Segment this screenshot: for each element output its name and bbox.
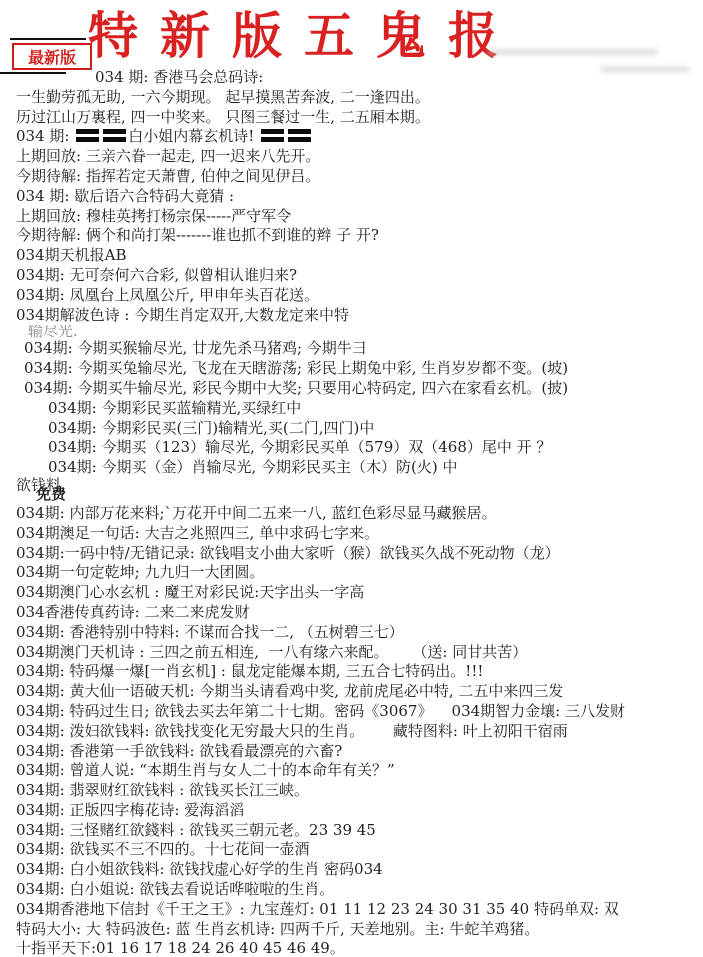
divider [10, 38, 86, 40]
text-line: 十指平天下:01 16 17 18 24 26 40 45 46 49。 [0, 939, 703, 957]
text-line: 034期: 翡翠财红欲钱料 : 欲钱买长江三峡。 [0, 781, 703, 801]
double-bar-icon [261, 129, 284, 142]
text-line: 上期回放: 穆桂英拷打杨宗保-----严守军令 [0, 207, 703, 227]
text-line: 034期一句定乾坤; 九九归一大团圆。 [0, 563, 703, 583]
text-line: 034期: 白小姐说: 欲钱去看说话哗啦啦的生肖。 [0, 880, 703, 900]
latest-edition-badge: 最新版 [12, 43, 92, 70]
text-line: 034期澳足一句话: 大吉之兆照四三, 单中求码七字来。 [0, 524, 703, 544]
text-line: 034期: 今期买牛输尽光, 彩民今期中大奖; 只要用心特码定, 四六在家看玄机… [0, 379, 703, 399]
text-line: 034期: 香港特别中特料: 不谋而合找一二, （五树碧三七） [0, 623, 703, 643]
page-title: 特新版五鬼报 [88, 0, 520, 68]
text-line: 输尽光. [0, 325, 703, 339]
text-line: 034期: 欲钱买不三不四的。十七花间一壶酒 [0, 840, 703, 860]
line-text: 白小姐内幕玄机诗! [128, 127, 259, 145]
text-line: 034期香港地下信封《千王之王》: 九宝莲灯: 01 11 12 23 24 3… [0, 900, 703, 920]
double-bar-icon [76, 129, 99, 142]
watermark-smudge [488, 48, 658, 56]
text-line: 034期: 三怪赌红欲錢料 : 欲钱买三朝元老。23 39 45 [0, 821, 703, 841]
text-line: 034期: 特码过生日; 欲钱去买去年第二十七期。密码《3067》 034期智力… [0, 702, 703, 722]
double-bar-icon [103, 129, 126, 142]
text-line: 034 期: 歇后语六合特码大竟猜 : [0, 187, 703, 207]
text-line: 特码大小: 大 特码波色: 蓝 生肖玄机诗: 四两千斤, 天差地别。主: 牛蛇羊… [0, 920, 703, 940]
text-line: 034期: 今期买（123）输尽光, 今期彩民买单（579）双（468）尾中 开… [0, 438, 703, 458]
tip-sheet-body: 034 期: 香港马会总码诗:一生勤劳孤无助, 一六今期现。 起早摸黑苦奔波, … [0, 66, 703, 957]
text-line: 034期: 今期彩民买(三门)输精光,买(二门,四门)中 [0, 419, 703, 439]
text-line: 034期解波色诗 : 今期生肖定双开,大数龙定来中特 [0, 306, 703, 326]
text-line: 034期: 香港第一手欲钱料: 欲钱看最漂亮的六畜? [0, 742, 703, 762]
text-line: 034期: 泼妇欲钱料: 欲钱找变化无穷最大只的生肖。 藏特图料: 叶上初阳干宿… [0, 722, 703, 742]
text-line: 034期: 特码爆一爆[一肖玄机] : 鼠龙定能爆本期, 三五合七特码出。!!! [0, 662, 703, 682]
text-line: 034期: 今期买（金）肖输尽光, 今期彩民买主（木）防(火) 中 [0, 458, 703, 478]
text-line: 今期待解: 指挥若定天萧曹, 伯仲之间见伊吕。 [0, 167, 703, 187]
text-line: 上期回放: 三亲六眷一起走, 四一迟来八先开。 [0, 147, 703, 167]
divider [0, 72, 66, 74]
page-header: 特新版五鬼报 最新版 [0, 0, 703, 66]
text-line: 034期: 今期彩民买蓝输精光,买绿红中 [0, 399, 703, 419]
text-line: 034 期: 香港马会总码诗: [0, 68, 703, 88]
overlap-text-bottom: 免费 [36, 483, 66, 504]
text-line: 034期: 黄大仙一语破天机: 今期当头请看鸡中奖, 龙前虎尾必中特, 二五中来… [0, 682, 703, 702]
text-line: 034期: 今期买兔输尽光, 飞龙在天瞎游荡; 彩民上期兔中彩, 生肖岁岁都不变… [0, 359, 703, 379]
text-line: 034期: 内部万花来料;`万花开中间二五来一八, 蓝红色彩尽显马藏猴居。 [0, 504, 703, 524]
text-line: 034期澳门心水玄机 : 魔王对彩民说:天字出头一字高 [0, 583, 703, 603]
text-line: 034期: 正版四字梅花诗: 爱海滔滔 [0, 801, 703, 821]
text-line: 034期: 凤凰台上凤凰公斤, 甲申年头百花送。 [0, 286, 703, 306]
text-line: 034期: 曾道人说: “本期生肖与女人二十的本命年有关？” [0, 761, 703, 781]
text-line: 034期澳门天机诗 : 三四之前五相连, 一八有缘六来配。 （送: 同甘共苦） [0, 643, 703, 663]
text-line: 034期天机报AB [0, 246, 703, 266]
text-line: 034期:一码中特/无错记录: 欲钱唱支小曲大家听（猴）欲钱买久战不死动物（龙） [0, 544, 703, 564]
watermark-smudge [600, 66, 690, 73]
text-line-bars: 034 期: 白小姐内幕玄机诗! [0, 127, 703, 147]
double-bar-icon [288, 129, 311, 142]
text-line: 今期待解: 俩个和尚打架-------谁也抓不到谁的辫 子 开? [0, 226, 703, 246]
text-line: 一生勤劳孤无助, 一六今期现。 起早摸黑苦奔波, 二一逢四出。 [0, 88, 703, 108]
text-line: 034期: 白小姐欲钱料: 欲钱找虚心好学的生肖 密码034 [0, 860, 703, 880]
text-line: 历过江山万裏程, 四一中奖来。 只图三餐过一生, 二五厢本期。 [0, 108, 703, 128]
text-line: 034期: 无可奈何六合彩, 似曾相认谁归来? [0, 266, 703, 286]
overlapping-text: 欲钱料免费 [0, 478, 703, 504]
line-prefix: 034 期: [16, 127, 74, 145]
text-line: 034期: 今期买猴输尽光, 廿龙先杀马猪鸡; 今期牛彐 [0, 339, 703, 359]
text-line: 034香港传真药诗: 二来二来虎发财 [0, 603, 703, 623]
